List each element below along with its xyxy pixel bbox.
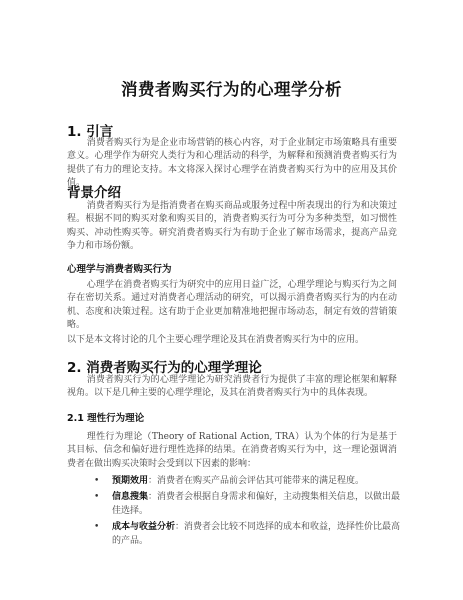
term-description: ：消费者在购买产品前会评估其可能带来的满足程度。: [148, 476, 364, 486]
list-item-information-search: •信息搜集：消费者会根据自身需求和偏好，主动搜集相关信息，以做出最佳选择。: [67, 491, 402, 518]
list-item-expected-utility: •预期效用：消费者在购买产品前会评估其可能带来的满足程度。: [67, 475, 402, 488]
rational-action-paragraph: 理性行为理论（Theory of Rational Action, TRA）认为…: [67, 431, 397, 471]
document-title: 消费者购买行为的心理学分析: [0, 76, 463, 100]
list-item-cost-benefit: •成本与收益分析：消费者会比较不同选择的成本和收益，选择性价比最高的产品。: [67, 521, 402, 548]
overview-paragraph: 以下是本文将讨论的几个主要心理学理论及其在消费者购买行为中的应用。: [67, 334, 397, 347]
bullet-icon: •: [94, 491, 99, 504]
background-paragraph: 消费者购买行为是指消费者在购买商品或服务过程中所表现出的行为和决策过程。根据不同…: [67, 200, 397, 254]
factor-list: •预期效用：消费者在购买产品前会评估其可能带来的满足程度。 •信息搜集：消费者会…: [67, 475, 402, 551]
document-page: 消费者购买行为的心理学分析 1. 引言 消费者购买行为是企业市场营销的核心内容，…: [0, 0, 463, 600]
bullet-icon: •: [94, 475, 99, 488]
psychology-paragraph: 心理学在消费者购买行为研究中的应用日益广泛，心理学理论与购买行为之间存在密切关系…: [67, 279, 397, 333]
section-heading-theories: 2. 消费者购买行为的心理学理论: [67, 356, 262, 376]
term-label: 预期效用: [112, 476, 148, 486]
theories-paragraph: 消费者购买行为的心理学理论为研究消费者行为提供了丰富的理论框架和解释视角。以下是…: [67, 374, 397, 401]
subheading-rational-action: 2.1 理性行为理论: [67, 410, 144, 424]
term-description: ：消费者会根据自身需求和偏好，主动搜集相关信息，以做出最佳选择。: [112, 492, 400, 515]
section-heading-background: 背景介绍: [67, 181, 121, 201]
bullet-icon: •: [94, 521, 99, 534]
term-label: 信息搜集: [112, 492, 148, 502]
term-label: 成本与收益分析: [112, 522, 175, 532]
subheading-psychology-and-behavior: 心理学与消费者购买行为: [67, 261, 172, 275]
